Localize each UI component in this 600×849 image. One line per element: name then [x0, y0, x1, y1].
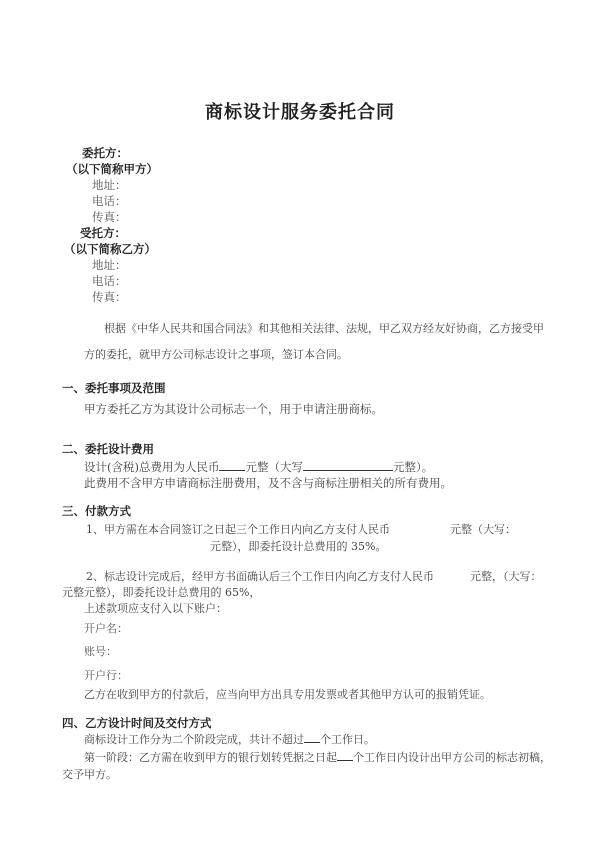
fee-label: 设计(含税)总费用为人民币: [84, 460, 219, 474]
payment-1-unit: 元整（大写：: [450, 523, 516, 536]
payment-2-line-1: 2、标志设计完成后，经甲方书面确认后三个工作日内向乙方支付人民币元整，（大写：: [86, 568, 542, 584]
fee-unit: 元整（大写: [245, 460, 303, 474]
section-4-line-1-text: 商标设计工作分为二个阶段完成，共计不超过: [84, 733, 304, 746]
section-1-heading: 一、委托事项及范围: [62, 380, 166, 396]
party-b-phone-label: 电话：: [92, 273, 127, 289]
preamble-line-1: 根据《中华人民共和国合同法》和其他相关法律、法规，甲乙双方经友好协商，乙方接受甲: [104, 320, 544, 336]
section-4-line-2: 第一阶段：乙方需在收到甲方的银行划转凭据之日起个工作日内设计出甲方公司的标志初稿…: [84, 749, 551, 765]
payment-2-line-2: 元整元整），即委托设计总费用的 65%，: [62, 584, 260, 600]
section-2-fee-line: 设计(含税)总费用为人民币元整（大写元整）。: [84, 459, 433, 475]
payment-2-text: 2、标志设计完成后，经甲方书面确认后三个工作日内向乙方支付人民币: [86, 570, 434, 583]
contract-title: 商标设计服务委托合同: [0, 98, 600, 124]
section-4-heading: 四、乙方设计时间及交付方式: [62, 715, 212, 731]
account-intro: 上述款项应支付入以下账户：: [84, 600, 227, 616]
stage-1-text-cont: 个工作日内设计出甲方公司的标志初稿，: [353, 751, 551, 764]
account-name-label: 开户名：: [84, 620, 128, 636]
payment-2-unit: 元整，（大写：: [470, 570, 542, 583]
party-b-fax-label: 传真：: [92, 289, 127, 305]
party-b-role: 受托方：: [80, 225, 126, 241]
section-2-heading: 二、委托设计费用: [62, 441, 154, 457]
section-2-note: 此费用不含甲方申请商标注册费用，及不含与商标注册相关的所有费用。: [84, 475, 452, 491]
party-b-address-label: 地址：: [92, 257, 127, 273]
party-a-fax-label: 传真：: [92, 209, 127, 225]
section-3-heading: 三、付款方式: [62, 503, 131, 519]
party-a-phone-label: 电话：: [92, 193, 127, 209]
section-1-text: 甲方委托乙方为其设计公司标志一个，用于申请注册商标。: [84, 401, 383, 417]
party-a-address-label: 地址：: [92, 177, 127, 193]
payment-1-line-1: 1、甲方需在本合同签订之日起三个工作日内向乙方支付人民币元整（大写：: [86, 521, 516, 537]
account-number-label: 账号：: [84, 643, 117, 659]
account-bank-label: 开户行：: [84, 667, 128, 683]
fee-amount-field[interactable]: [219, 460, 245, 471]
invoice-clause: 乙方在收到甲方的付款后，应当向甲方出具专用发票或者其他甲方认可的报销凭证。: [84, 686, 491, 702]
stage-1-text: 第一阶段：乙方需在收到甲方的银行划转凭据之日起: [84, 751, 337, 764]
total-days-field[interactable]: [304, 732, 320, 743]
party-b-alias: （以下简称乙方）: [64, 241, 156, 257]
preamble-line-2: 方的委托，就甲方公司标志设计之事项，签订本合同。: [84, 346, 348, 362]
fee-unit-close: 元整）。: [393, 460, 433, 474]
stage-1-days-field[interactable]: [337, 750, 353, 761]
section-4-line-1-unit: 个工作日。: [320, 733, 375, 746]
payment-1-line-2: 元整），即委托设计总费用的 35%。: [210, 538, 386, 554]
party-a-alias: （以下简称甲方）: [66, 161, 158, 177]
payment-1-text: 1、甲方需在本合同签订之日起三个工作日内向乙方支付人民币: [86, 523, 390, 536]
section-4-line-3: 交予甲方。: [62, 766, 117, 782]
party-a-role: 委托方：: [82, 145, 128, 161]
section-4-line-1: 商标设计工作分为二个阶段完成，共计不超过个工作日。: [84, 731, 375, 747]
fee-uppercase-field[interactable]: [303, 460, 393, 471]
